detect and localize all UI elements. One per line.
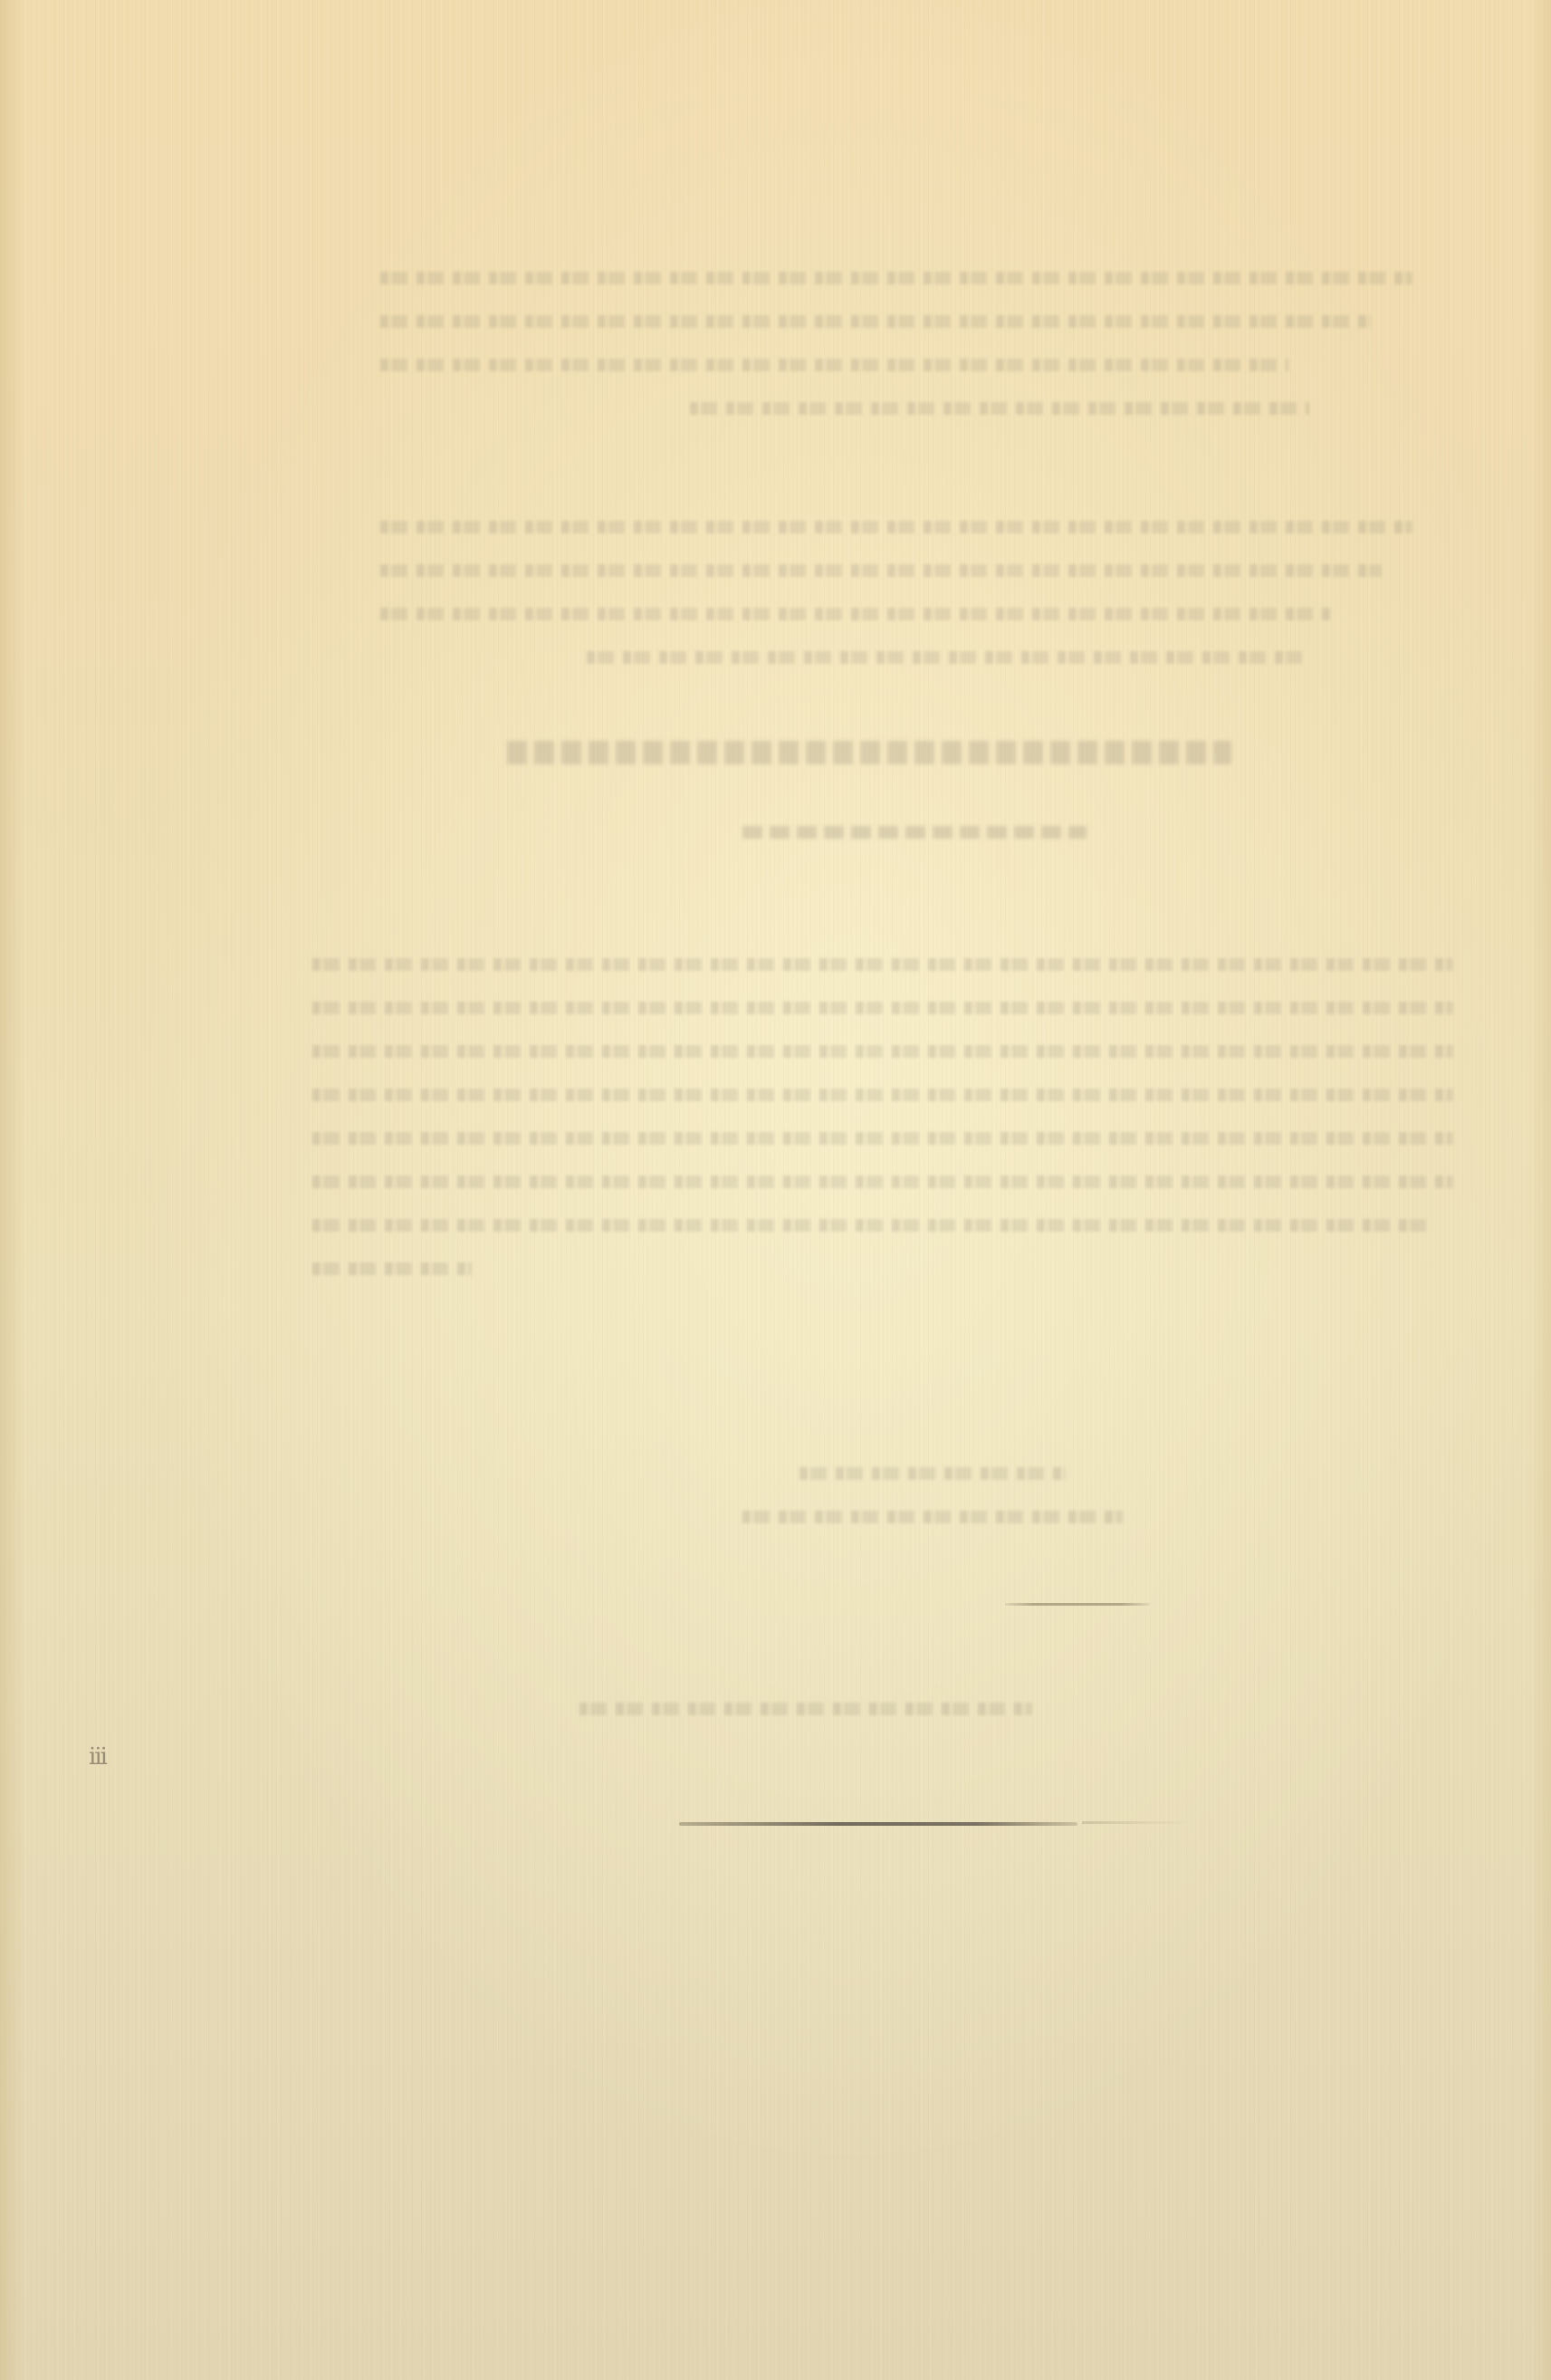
bleed-through-subheading <box>742 826 1087 839</box>
page-edge-shadow-left <box>0 0 25 2380</box>
margin-signature-mark: iii <box>89 1743 106 1771</box>
long-horizontal-rule <box>679 1822 1077 1826</box>
long-horizontal-rule-tail <box>1082 1821 1191 1824</box>
bleed-through-top-block <box>380 272 1412 446</box>
page-edge-shadow-right <box>1531 0 1551 2380</box>
bleed-through-heading <box>507 741 1231 764</box>
bleed-through-lower-block <box>742 1467 1123 1554</box>
bleed-through-lower-block-2 <box>579 1703 1032 1746</box>
short-horizontal-rule <box>1005 1603 1150 1606</box>
bleed-through-second-block <box>380 521 1412 695</box>
bleed-through-paragraph <box>312 958 1453 1306</box>
